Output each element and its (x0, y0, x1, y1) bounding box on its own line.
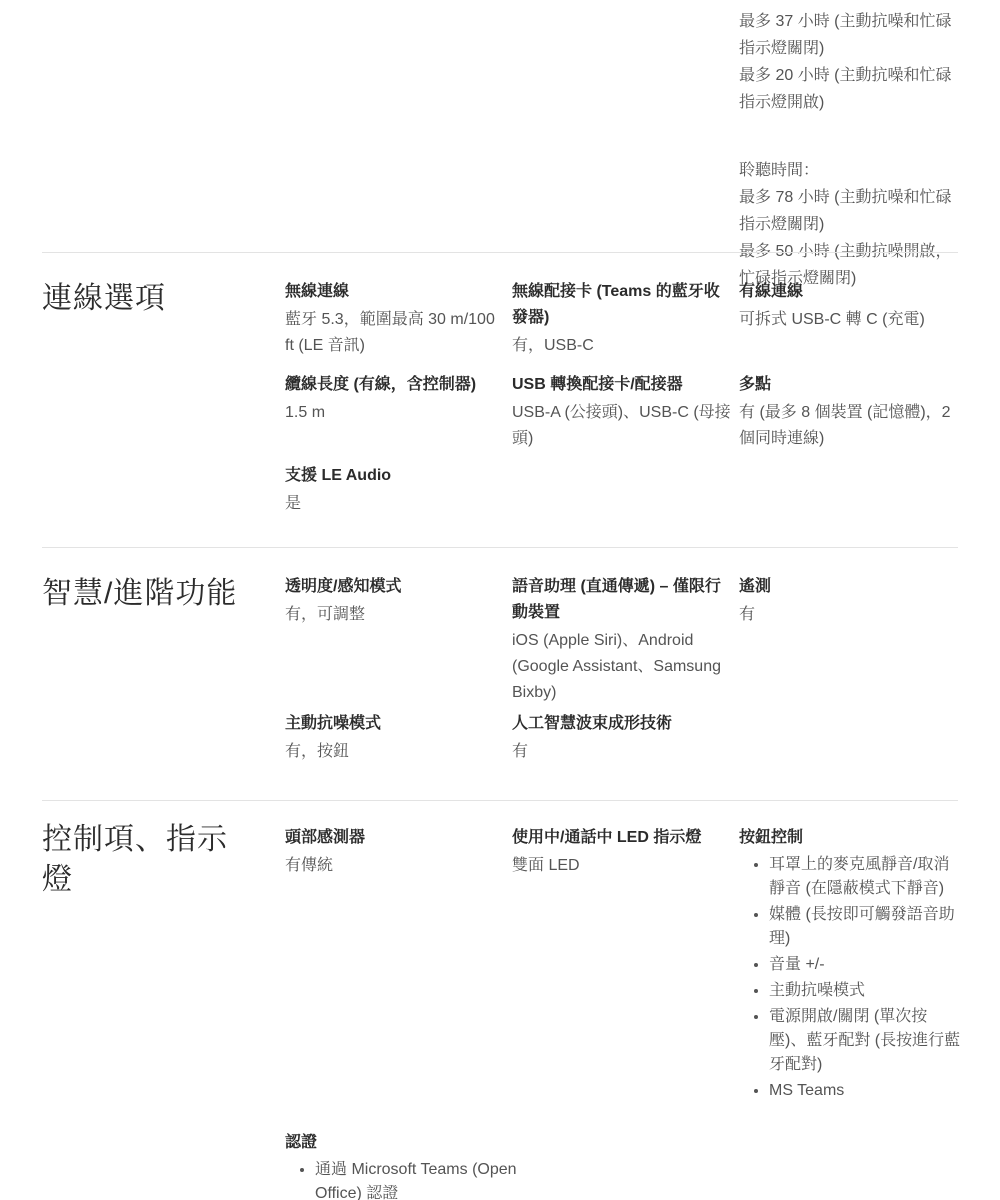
spec-label: 無線連線 (285, 279, 520, 305)
listen-time-text: 聆聽時間： 最多 78 小時 (主動抗噪和忙碌 指示燈關閉) 最多 50 小時 … (739, 157, 979, 292)
talk-time-text: 最多 37 小時 (主動抗噪和忙碌 指示燈關閉) 最多 20 小時 (主動抗噪和… (739, 8, 979, 116)
spec-group: 多點 有 (最多 8 個裝置 (記憶體)，2 個同時連線) (739, 372, 974, 452)
spec-label: 遙測 (739, 574, 974, 600)
spec-value: 有，可調整 (285, 602, 520, 628)
spec-group: 頭部感測器 有傳統 (285, 825, 520, 879)
spec-value: 有 (739, 602, 974, 628)
spec-value: 可拆式 USB-C 轉 C (充電) (739, 307, 974, 333)
certifications-list: 通過 Microsoft Teams (Open Office) 認證 (285, 1158, 520, 1200)
spec-label: USB 轉換配接卡/配接器 (512, 372, 747, 398)
spec-label: 主動抗噪模式 (285, 711, 520, 737)
spec-group: 支援 LE Audio 是 (285, 463, 520, 517)
spec-value: USB-A (公接頭)、USB-C (母接 頭) (512, 400, 747, 452)
spec-label: 頭部感測器 (285, 825, 520, 851)
spec-label: 多點 (739, 372, 974, 398)
spec-group: 主動抗噪模式 有，按鈕 (285, 711, 520, 765)
list-item: 媒體 (長按即可觸發語音助理) (769, 903, 961, 951)
spec-label: 無線配接卡 (Teams 的藍牙收 發器) (512, 279, 747, 331)
spec-label: 語音助理 (直通傳遞) – 僅限行 動裝置 (512, 574, 747, 626)
spec-label: 使用中/通話中 LED 指示燈 (512, 825, 747, 851)
spec-value: 有，按鈕 (285, 739, 520, 765)
list-item: 音量 +/- (769, 953, 961, 977)
section-divider (42, 547, 958, 548)
spec-group: 有線連線 可拆式 USB-C 轉 C (充電) (739, 279, 974, 333)
spec-label: 纜線長度 (有線，含控制器) (285, 372, 520, 398)
spec-group: 語音助理 (直通傳遞) – 僅限行 動裝置 iOS (Apple Siri)、A… (512, 574, 747, 706)
spec-group: 人工智慧波束成形技術 有 (512, 711, 747, 765)
button-controls-list: 耳罩上的麥克風靜音/取消靜音 (在隱蔽模式下靜音) 媒體 (長按即可觸發語音助理… (739, 853, 961, 1103)
spec-group: 遙測 有 (739, 574, 974, 628)
spec-value: 1.5 m (285, 400, 520, 426)
spec-value: 有 (最多 8 個裝置 (記憶體)，2 個同時連線) (739, 400, 974, 452)
list-item: 耳罩上的麥克風靜音/取消靜音 (在隱蔽模式下靜音) (769, 853, 961, 901)
spec-group: 使用中/通話中 LED 指示燈 雙面 LED (512, 825, 747, 879)
spec-value: iOS (Apple Siri)、Android (Google Assista… (512, 628, 747, 706)
spec-value: 藍牙 5.3，範圍最高 30 m/100 ft (LE 音訊) (285, 307, 520, 359)
spec-value: 有傳統 (285, 853, 520, 879)
list-item: 主動抗噪模式 (769, 979, 961, 1003)
spec-label: 認證 (285, 1130, 520, 1156)
spec-group: 按鈕控制 耳罩上的麥克風靜音/取消靜音 (在隱蔽模式下靜音) 媒體 (長按即可觸… (739, 825, 974, 1105)
spec-label: 支援 LE Audio (285, 463, 520, 489)
spec-group: 透明度/感知模式 有，可調整 (285, 574, 520, 628)
spec-value: 有 (512, 739, 747, 765)
section-divider (42, 252, 958, 253)
spec-label: 透明度/感知模式 (285, 574, 520, 600)
spec-group: 纜線長度 (有線，含控制器) 1.5 m (285, 372, 520, 426)
spec-value: 有，USB-C (512, 333, 747, 359)
spec-value: 是 (285, 491, 520, 517)
section-divider (42, 800, 958, 801)
spec-value: 雙面 LED (512, 853, 747, 879)
spec-group: 認證 通過 Microsoft Teams (Open Office) 認證 (285, 1130, 520, 1200)
spec-group: USB 轉換配接卡/配接器 USB-A (公接頭)、USB-C (母接 頭) (512, 372, 747, 452)
spec-label: 人工智慧波束成形技術 (512, 711, 747, 737)
section-title-smart-features: 智慧/進階功能 (42, 574, 287, 614)
list-item: MS Teams (769, 1079, 961, 1103)
spec-group: 無線連線 藍牙 5.3，範圍最高 30 m/100 ft (LE 音訊) (285, 279, 520, 359)
section-title-controls-lights: 控制項、指示 燈 (42, 820, 287, 900)
spec-sheet-page: 最多 37 小時 (主動抗噪和忙碌 指示燈關閉) 最多 20 小時 (主動抗噪和… (0, 0, 1000, 1200)
list-item: 電源開啟/關閉 (單次按壓)、藍牙配對 (長按進行藍牙配對) (769, 1005, 961, 1077)
section-title-connectivity: 連線選項 (42, 279, 287, 319)
spec-group: 無線配接卡 (Teams 的藍牙收 發器) 有，USB-C (512, 279, 747, 359)
spec-label: 按鈕控制 (739, 825, 974, 851)
spec-label: 有線連線 (739, 279, 974, 305)
list-item: 通過 Microsoft Teams (Open Office) 認證 (315, 1158, 520, 1200)
